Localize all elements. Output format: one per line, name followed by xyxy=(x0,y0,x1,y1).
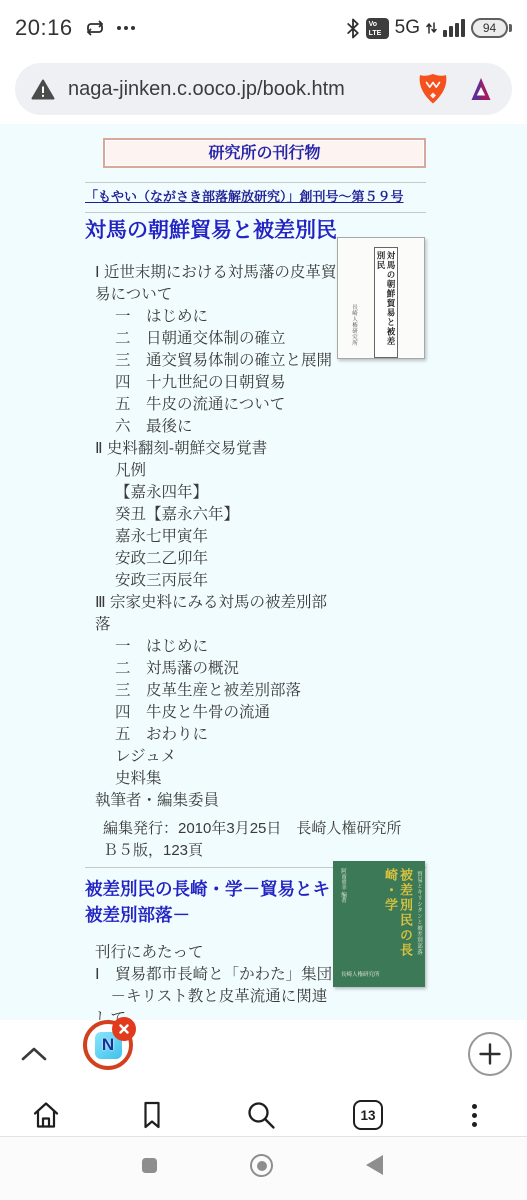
tab-switcher-button[interactable]: 13 xyxy=(348,1095,388,1135)
search-icon xyxy=(245,1099,277,1131)
toc-item: Ⅰ 貿易都市長崎と「かわた」集団 xyxy=(85,964,338,986)
repeat-icon xyxy=(83,19,107,37)
bookmarks-button[interactable] xyxy=(132,1095,172,1135)
toc-item: Ⅲ 宗家史料にみる対馬の被差別部落 xyxy=(85,592,338,636)
journal-link[interactable]: 「もやい（ながさき部落解放研究）」創刊号～第５９号 xyxy=(85,188,404,205)
toc-item: 五 おわりに xyxy=(85,724,338,746)
battery-percent: 94 xyxy=(471,18,508,38)
toc-item: 五 牛皮の流通について xyxy=(85,394,338,416)
kebab-menu-icon xyxy=(472,1104,477,1127)
more-notifications-icon xyxy=(117,26,135,30)
toc-item: 一 はじめに xyxy=(85,636,338,658)
brave-rewards-bat-icon[interactable] xyxy=(466,76,496,103)
book1-colophon: 編集発行：2010年3月25日 長崎人権研究所 Ｂ５版，123頁 xyxy=(103,818,426,862)
back-icon[interactable] xyxy=(366,1155,383,1175)
clock: 20:16 xyxy=(15,15,73,41)
address-bar[interactable]: naga-jinken.c.ooco.jp/book.htm xyxy=(15,63,512,115)
tab-count: 13 xyxy=(353,1100,383,1130)
toc-item: 執筆者・編集委員 xyxy=(85,790,338,812)
android-gesture-bar xyxy=(0,1137,527,1200)
book2-cover-subtitle: 貿易とキリシタンと被差別部落 xyxy=(415,871,423,955)
new-tab-button[interactable] xyxy=(468,1032,512,1076)
book2-cover-image: 貿易とキリシタンと被差別部落 被差別民の長崎・学 阿南重幸 編著 長崎人権研究所 xyxy=(333,861,425,987)
toc-item: 三 皮革生産と被差別部落 xyxy=(85,680,338,702)
brave-shields-icon[interactable] xyxy=(416,72,450,106)
toc-item: Ⅱ 史料翻刻-朝鮮交易覚書 xyxy=(85,438,338,460)
insecure-warning-icon[interactable] xyxy=(31,79,55,100)
bookmark-icon xyxy=(139,1100,165,1130)
colophon-line: Ｂ５版，123頁 xyxy=(103,840,426,862)
book1-cover-title: 対馬の朝鮮貿易と被差別民 xyxy=(374,247,398,358)
android-home-icon[interactable] xyxy=(250,1154,273,1177)
book1-cover-publisher: 長崎人権研究所 xyxy=(350,304,358,346)
publications-banner: 研究所の刊行物 xyxy=(103,138,426,168)
chevron-up-icon[interactable] xyxy=(20,1046,48,1067)
battery-indicator: 94 xyxy=(471,18,512,38)
book2-cover-title: 被差別民の長崎・学 xyxy=(383,868,413,987)
toc-item: －キリスト教と皮革流通に関連して xyxy=(85,986,338,1020)
bluetooth-icon xyxy=(346,18,360,39)
toc-item: 凡例 xyxy=(85,460,338,482)
home-button[interactable] xyxy=(26,1095,66,1135)
screen: { "status_bar": { "time": "20:16", "netw… xyxy=(0,0,527,1200)
book1-toc: Ⅰ 近世末期における対馬藩の皮革貿易について一 はじめに二 日朝通交体制の確立三… xyxy=(85,262,338,812)
signal-strength-icon xyxy=(443,19,465,37)
close-tab-button[interactable] xyxy=(112,1017,136,1041)
search-button[interactable] xyxy=(241,1095,281,1135)
web-page-viewport[interactable]: 研究所の刊行物 「もやい（ながさき部落解放研究）」創刊号～第５９号 対馬の朝鮮貿… xyxy=(0,124,527,1020)
toc-item: 嘉永七甲寅年 xyxy=(85,526,338,548)
toc-item: Ⅰ 近世末期における対馬藩の皮革貿易について xyxy=(85,262,338,306)
toc-item: 四 牛皮と牛骨の流通 xyxy=(85,702,338,724)
data-arrows-icon xyxy=(426,21,437,35)
recents-icon[interactable] xyxy=(142,1158,157,1173)
book2-toc: 刊行にあたってⅠ 貿易都市長崎と「かわた」集団 －キリスト教と皮革流通に関連して… xyxy=(85,942,338,1020)
toc-item: 癸丑【嘉永六年】 xyxy=(85,504,338,526)
book2-cover-author: 阿南重幸 編著 xyxy=(339,868,347,903)
book1-cover-image: 対馬の朝鮮貿易と被差別民 長崎人権研究所 xyxy=(337,237,425,359)
home-icon xyxy=(29,1099,63,1131)
browser-nav-bar: 13 xyxy=(0,1093,527,1136)
book2-cover-publisher: 長崎人権研究所 xyxy=(341,970,380,978)
toc-item: レジュメ xyxy=(85,746,338,768)
status-right-cluster: Vo LTE 5G 94 xyxy=(336,17,512,39)
status-bar: 20:16 Vo LTE 5G 94 xyxy=(0,0,527,56)
toc-item: 刊行にあたって xyxy=(85,942,338,964)
toc-item: 史料集 xyxy=(85,768,338,790)
colophon-line: 編集発行：2010年3月25日 長崎人権研究所 xyxy=(103,818,426,840)
toc-item: 二 対馬藩の概況 xyxy=(85,658,338,680)
battery-nub xyxy=(509,24,512,32)
toc-item: 【嘉永四年】 xyxy=(85,482,338,504)
toc-item: 一 はじめに xyxy=(85,306,338,328)
browser-toolbar: naga-jinken.c.ooco.jp/book.htm xyxy=(0,56,527,124)
toc-item: 四 十九世紀の日朝貿易 xyxy=(85,372,338,394)
volte-line1: Vo xyxy=(369,21,377,28)
toc-item: 六 最後に xyxy=(85,416,338,438)
tab-favicon-letter: N xyxy=(102,1035,114,1055)
page-body: 研究所の刊行物 「もやい（ながさき部落解放研究）」創刊号～第５９号 対馬の朝鮮貿… xyxy=(85,124,426,1020)
tab-strip: N xyxy=(0,1020,527,1093)
toc-item: 安政三丙辰年 xyxy=(85,570,338,592)
url-text[interactable]: naga-jinken.c.ooco.jp/book.htm xyxy=(68,78,400,101)
divider xyxy=(85,212,426,213)
toc-item: 二 日朝通交体制の確立 xyxy=(85,328,338,350)
toc-item: 三 通交貿易体制の確立と展開 xyxy=(85,350,338,372)
volte-line2: LTE xyxy=(369,30,382,37)
divider xyxy=(85,182,426,183)
network-type-label: 5G xyxy=(395,17,420,39)
menu-button[interactable] xyxy=(454,1095,494,1135)
active-tab-thumbnail[interactable]: N xyxy=(83,1020,133,1070)
toc-item: 安政二乙卯年 xyxy=(85,548,338,570)
volte-badge: Vo LTE xyxy=(366,18,389,39)
